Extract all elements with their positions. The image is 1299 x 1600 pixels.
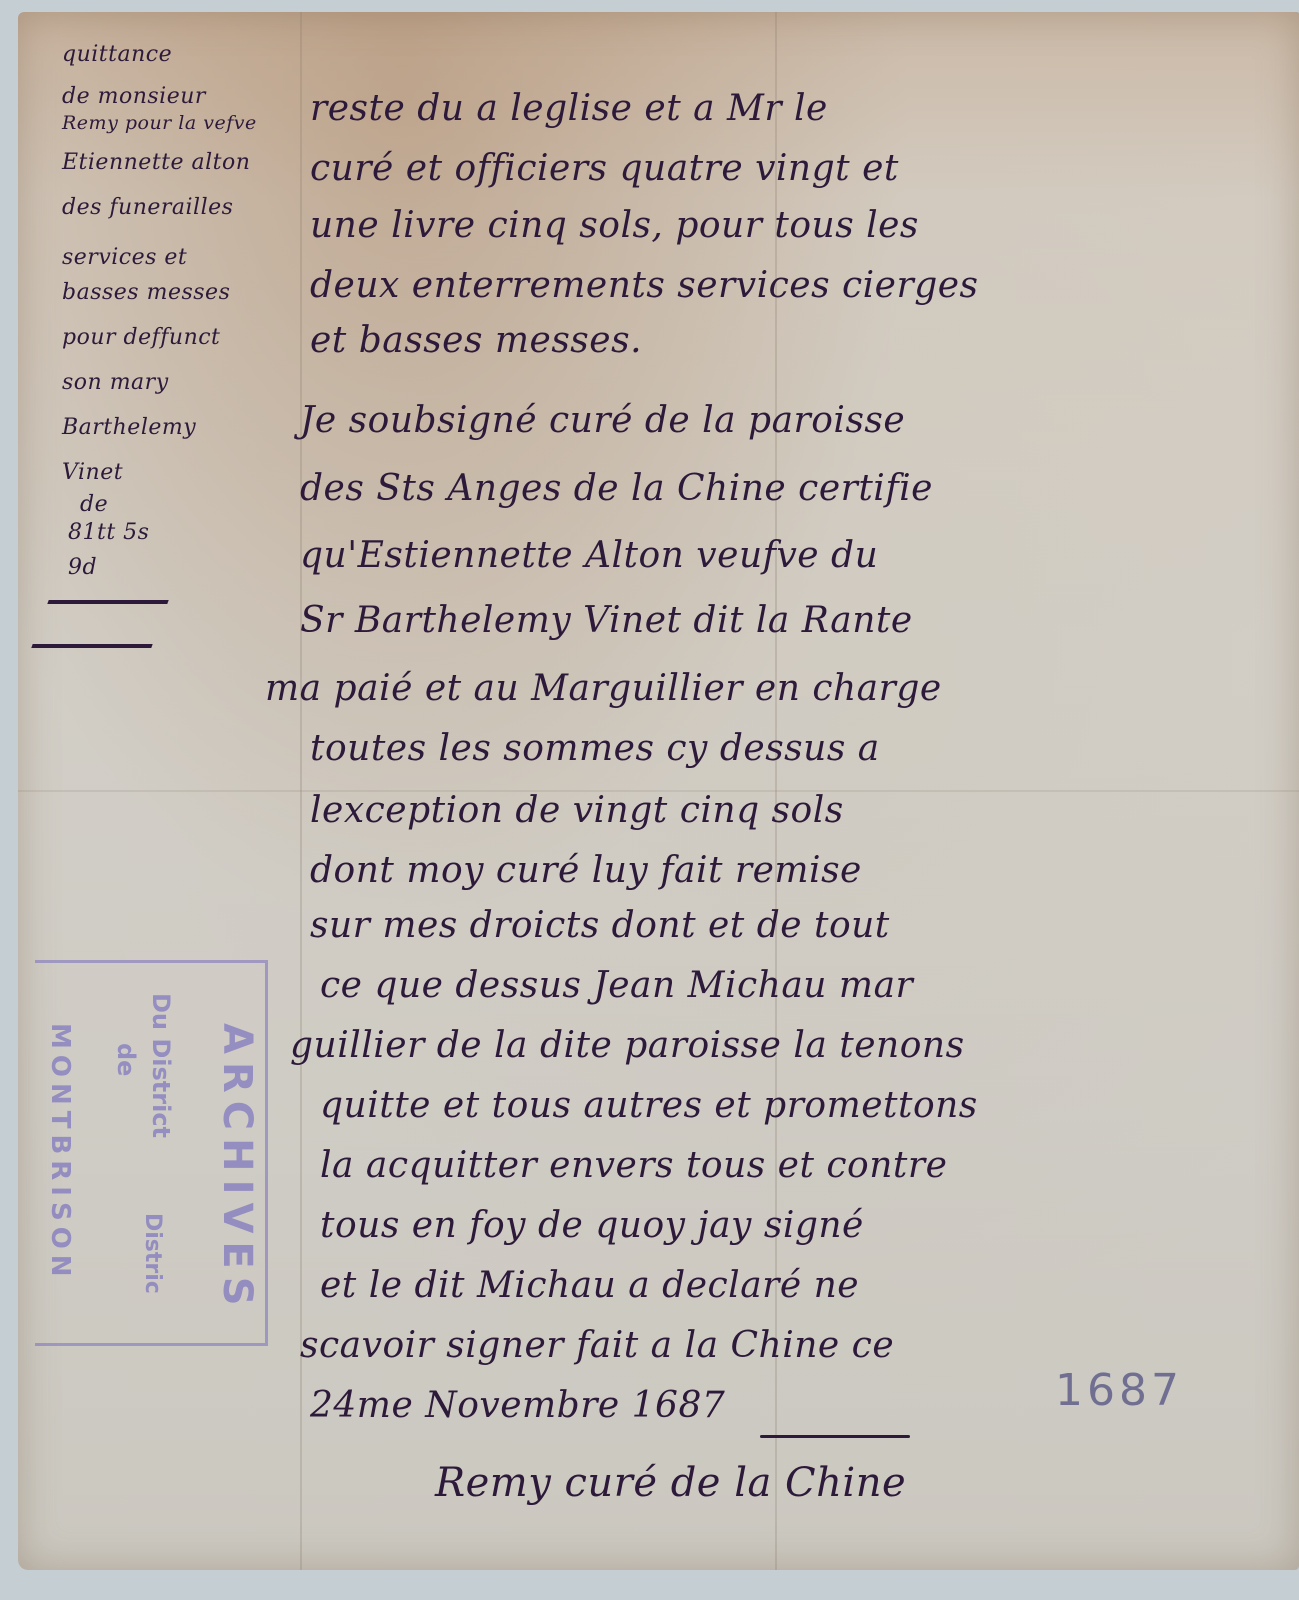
margin-note-line: Barthelemy [62,415,196,440]
body-line: scavoir signer fait a la Chine ce [300,1325,894,1366]
pencil-year-annotation: 1687 [1055,1365,1183,1416]
body-line: et le dit Michau a declaré ne [320,1265,859,1306]
margin-note-line: basses messes [62,280,230,305]
margin-note-line: pour deffunct [62,325,220,350]
body-line: Je soubsigné curé de la paroisse [300,400,905,441]
stamp-title: ARCHIVES [214,1023,260,1314]
body-line: ce que dessus Jean Michau mar [320,965,913,1006]
body-line: des Sts Anges de la Chine certifie [300,468,933,509]
body-line: deux enterrements services cierges [310,265,979,306]
stamp-text: Du District [147,993,175,1138]
body-line: quitte et tous autres et promettons [320,1085,978,1126]
stamp-place: MONTBRISON [45,1023,75,1283]
body-line: tous en foy de quoy jay signé [320,1205,864,1246]
margin-note-line: de monsieur [62,84,206,109]
margin-note-amount: 81tt 5s [68,520,149,545]
body-line: guillier de la dite paroisse la tenons [290,1025,965,1066]
margin-note-line: Etiennette alton [62,150,250,175]
body-line: curé et officiers quatre vingt et [310,148,899,189]
margin-note-line: services et [62,245,187,270]
signature: Remy curé de la Chine [435,1460,906,1506]
margin-note-line: de [80,492,108,517]
stamp-text: Distric [140,1213,165,1294]
stamp-text: de [112,1043,140,1076]
margin-note-line: quittance [62,42,172,67]
body-line: toutes les sommes cy dessus a [310,728,880,769]
body-line: qu'Estiennette Alton veufve du [300,535,878,576]
body-line: sur mes droicts dont et de tout [310,905,890,946]
body-line: Sr Barthelemy Vinet dit la Rante [300,600,913,641]
paraph-flourish [31,600,168,648]
date-line: 24me Novembre 1687 [310,1385,725,1426]
body-line: une livre cinq sols, pour tous les [310,205,919,246]
archive-stamp: ARCHIVES Du District de Distric MONTBRIS… [35,960,268,1346]
body-line: reste du a leglise et a Mr le [310,88,828,129]
body-line: dont moy curé luy fait remise [310,850,862,891]
margin-note-amount: 9d [68,555,97,580]
date-underline [760,1435,910,1438]
body-line: et basses messes. [310,320,642,361]
body-line: ma paié et au Marguillier en charge [265,668,942,709]
margin-note-line: des funerailles [62,195,233,220]
margin-note-line: Remy pour la vefve [62,112,257,134]
margin-note-line: Vinet [62,460,123,485]
body-line: la acquitter envers tous et contre [320,1145,947,1186]
margin-note-line: son mary [62,370,169,395]
body-line: lexception de vingt cinq sols [310,790,844,831]
